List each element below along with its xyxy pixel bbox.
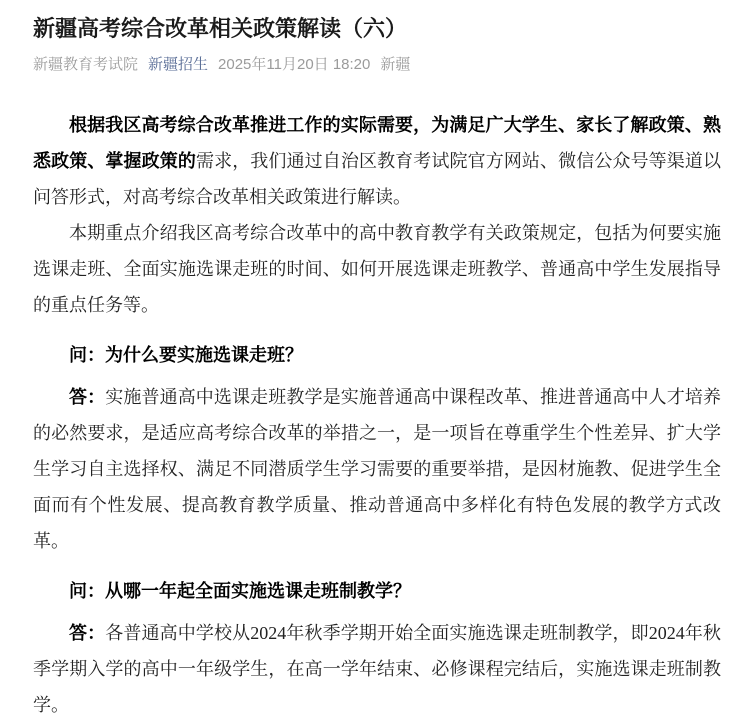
answer-label: 答：: [69, 623, 105, 643]
paragraph-intro: 根据我区高考综合改革推进工作的实际需要，为满足广大学生、家长了解政策、熟悉政策、…: [33, 107, 721, 215]
article-title: 新疆高考综合改革相关政策解读（六）: [33, 14, 721, 44]
publish-datetime: 2025年11月20日 18:20: [218, 56, 370, 74]
question-heading-1: 问：为什么要实施选课走班？: [33, 337, 721, 373]
answer-paragraph-2: 答：各普通高中学校从2024年秋季学期开始全面实施选课走班制教学，即2024年秋…: [33, 615, 721, 723]
author-name: 新疆教育考试院: [33, 56, 138, 74]
text-run: 问：从哪一年起全面实施选课走班制教学？: [69, 581, 411, 601]
text-run: 各普通高中学校从2024年秋季学期开始全面实施选课走班制教学，即2024年秋季学…: [33, 623, 721, 715]
paragraph-overview: 本期重点介绍我区高考综合改革中的高中教育教学有关政策规定，包括为何要实施选课走班…: [33, 215, 721, 323]
question-heading-2: 问：从哪一年起全面实施选课走班制教学？: [33, 573, 721, 609]
text-run: 本期重点介绍我区高考综合改革中的高中教育教学有关政策规定，包括为何要实施选课走班…: [33, 223, 721, 315]
answer-paragraph-1: 答：实施普通高中选课走班教学是实施普通高中课程改革、推进普通高中人才培养的必然要…: [33, 379, 721, 559]
article-content: 根据我区高考综合改革推进工作的实际需要，为满足广大学生、家长了解政策、熟悉政策、…: [33, 107, 721, 723]
answer-label: 答：: [69, 387, 105, 407]
article-meta: 新疆教育考试院 新疆招生 2025年11月20日 18:20 新疆: [33, 56, 721, 74]
text-run: 实施普通高中选课走班教学是实施普通高中课程改革、推进普通高中人才培养的必然要求，…: [33, 387, 721, 551]
article-page: 新疆高考综合改革相关政策解读（六） 新疆教育考试院 新疆招生 2025年11月2…: [0, 0, 754, 727]
publish-location: 新疆: [380, 56, 410, 74]
account-link[interactable]: 新疆招生: [148, 56, 208, 74]
text-run: 问：为什么要实施选课走班？: [69, 345, 303, 365]
